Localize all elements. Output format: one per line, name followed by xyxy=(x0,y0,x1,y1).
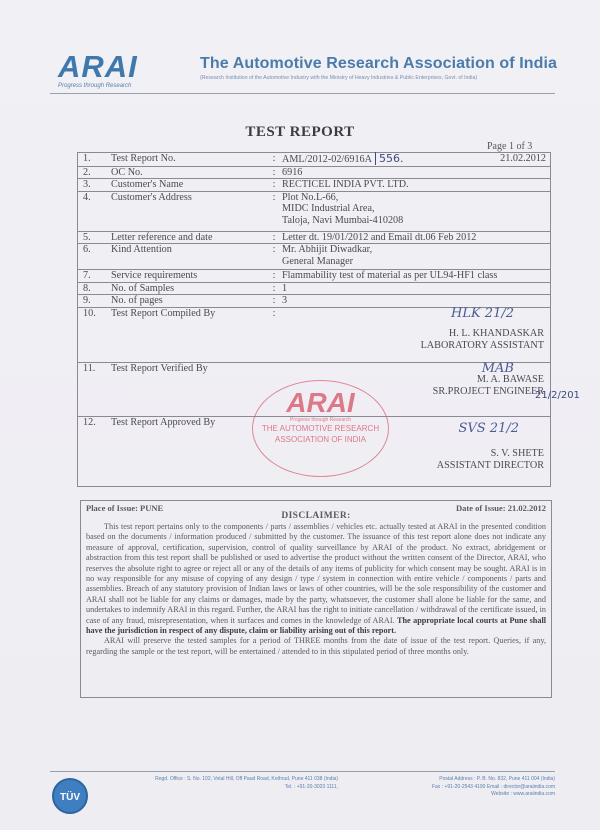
signatory-title: LABORATORY ASSISTANT xyxy=(282,340,544,352)
row-number: 1. xyxy=(78,153,108,167)
signatory-name: M. A. BAWASE xyxy=(282,374,544,386)
kind-attention: Mr. Abhijit Diwadkar, General Manager xyxy=(278,244,551,270)
approved-by-signatory: SVS 21/2 S. V. SHETE ASSISTANT DIRECTOR xyxy=(278,416,551,486)
disclaimer-section: Place of Issue: PUNE Date of Issue: 21.0… xyxy=(80,500,552,698)
row-number: 6. xyxy=(78,244,108,270)
website: Website : www.araiindia.com xyxy=(343,791,555,799)
customer-address: Plot No.L-66, MIDC Industrial Area, Talo… xyxy=(278,191,551,231)
table-row: 8. No. of Samples : 1 xyxy=(78,282,551,295)
signature: SVS 21/2 xyxy=(282,417,544,435)
organization-subtitle: (Research Institution of the Automotive … xyxy=(200,75,477,81)
row-label: Customer's Name xyxy=(107,179,270,192)
row-number: 2. xyxy=(78,166,108,179)
row-label: No. of pages xyxy=(107,295,270,308)
signatory-title: SR.PROJECT ENGINEER xyxy=(282,386,544,398)
disclaimer-title: DISCLAIMER: xyxy=(81,511,551,521)
row-label: Test Report Approved By xyxy=(107,416,270,486)
row-label: Letter reference and date xyxy=(107,231,270,244)
signature: MAB xyxy=(282,363,544,375)
row-number: 9. xyxy=(78,295,108,308)
address-line: MIDC Industrial Area, xyxy=(282,203,546,215)
row-number: 11. xyxy=(78,362,108,416)
address-line: Taloja, Navi Mumbai-410208 xyxy=(282,215,546,227)
row-number: 4. xyxy=(78,191,108,231)
signature: HLK 21/2 xyxy=(282,308,544,320)
table-row: 4. Customer's Address : Plot No.L-66, MI… xyxy=(78,191,551,231)
signatory-name: S. V. SHETE xyxy=(282,448,544,460)
letter-reference: Letter dt. 19/01/2012 and Email dt.06 Fe… xyxy=(278,231,551,244)
table-row: 12. Test Report Approved By SVS 21/2 S. … xyxy=(78,416,551,486)
document-page: ARAI Progress through Research The Autom… xyxy=(0,0,600,830)
signatory-name: H. L. KHANDASKAR xyxy=(282,328,544,340)
row-number: 7. xyxy=(78,270,108,283)
table-row: 3. Customer's Name : RECTICEL INDIA PVT.… xyxy=(78,179,551,192)
telephone: Tel. : +91-20-3023 1111, xyxy=(128,784,338,792)
document-title: TEST REPORT xyxy=(0,124,600,141)
compiled-by-signatory: HLK 21/2 H. L. KHANDASKAR LABORATORY ASS… xyxy=(278,307,551,362)
sample-count: 1 xyxy=(278,282,551,295)
regd-office-address: Regd. Office : S. No. 102, Vetal Hill, O… xyxy=(128,776,338,784)
organization-name: The Automotive Research Association of I… xyxy=(200,55,557,73)
table-row: 7. Service requirements : Flammability t… xyxy=(78,270,551,283)
logo-mark: ARAI xyxy=(58,52,158,82)
handwritten-verification-date: 21/2/201 xyxy=(535,390,580,401)
attention-name: Mr. Abhijit Diwadkar, xyxy=(282,244,546,256)
disclaimer-paragraph: This test report pertains only to the co… xyxy=(86,522,546,636)
row-number: 5. xyxy=(78,231,108,244)
table-row: 5. Letter reference and date : Letter dt… xyxy=(78,231,551,244)
test-report-number: AML/2012-02/6916A xyxy=(282,154,372,165)
row-number: 10. xyxy=(78,307,108,362)
row-label: Test Report Verified By xyxy=(107,362,270,416)
tuv-certification-icon: TÜV xyxy=(52,778,88,814)
row-label: Test Report No. xyxy=(107,153,270,167)
oc-number: 6916 xyxy=(278,166,551,179)
postal-contact: Postal Address : P. B. No. 832, Pune 411… xyxy=(343,776,555,799)
table-row: 1. Test Report No. : AML/2012-02/6916A55… xyxy=(78,153,551,167)
report-date: 21.02.2012 xyxy=(500,153,546,165)
report-details-table: 1. Test Report No. : AML/2012-02/6916A55… xyxy=(77,152,551,487)
table-row: 11. Test Report Verified By MAB M. A. BA… xyxy=(78,362,551,416)
logo-tagline: Progress through Research xyxy=(58,83,158,89)
table-row: 2. OC No. : 6916 xyxy=(78,166,551,179)
handwritten-serial: 556. xyxy=(375,152,404,165)
attention-title: General Manager xyxy=(282,256,546,268)
registered-office: Regd. Office : S. No. 102, Vetal Hill, O… xyxy=(128,776,338,791)
table-row: 6. Kind Attention : Mr. Abhijit Diwadkar… xyxy=(78,244,551,270)
row-number: 3. xyxy=(78,179,108,192)
signatory-title: ASSISTANT DIRECTOR xyxy=(282,460,544,472)
row-number: 12. xyxy=(78,416,108,486)
customer-name: RECTICEL INDIA PVT. LTD. xyxy=(278,179,551,192)
header-divider xyxy=(50,93,555,94)
row-label: Test Report Compiled By xyxy=(107,307,270,362)
service-requirements: Flammability test of material as per UL9… xyxy=(278,270,551,283)
verified-by-signatory: MAB M. A. BAWASE SR.PROJECT ENGINEER xyxy=(278,362,551,416)
row-label: Service requirements xyxy=(107,270,270,283)
address-line: Plot No.L-66, xyxy=(282,192,546,204)
table-row: 10. Test Report Compiled By : HLK 21/2 H… xyxy=(78,307,551,362)
footer-divider xyxy=(50,771,555,772)
fax-email: Fax : +91-20-2543 4190 Email : director@… xyxy=(343,784,555,792)
row-number: 8. xyxy=(78,282,108,295)
arai-logo: ARAI Progress through Research xyxy=(58,52,158,89)
page-indicator: Page 1 of 3 xyxy=(487,141,532,152)
row-label: OC No. xyxy=(107,166,270,179)
row-label: Customer's Address xyxy=(107,191,270,231)
disclaimer-text: This test report pertains only to the co… xyxy=(86,522,546,657)
row-label: Kind Attention xyxy=(107,244,270,270)
postal-address: Postal Address : P. B. No. 832, Pune 411… xyxy=(343,776,555,784)
row-label: No. of Samples xyxy=(107,282,270,295)
disclaimer-paragraph: ARAI will preserve the tested samples fo… xyxy=(86,636,546,657)
